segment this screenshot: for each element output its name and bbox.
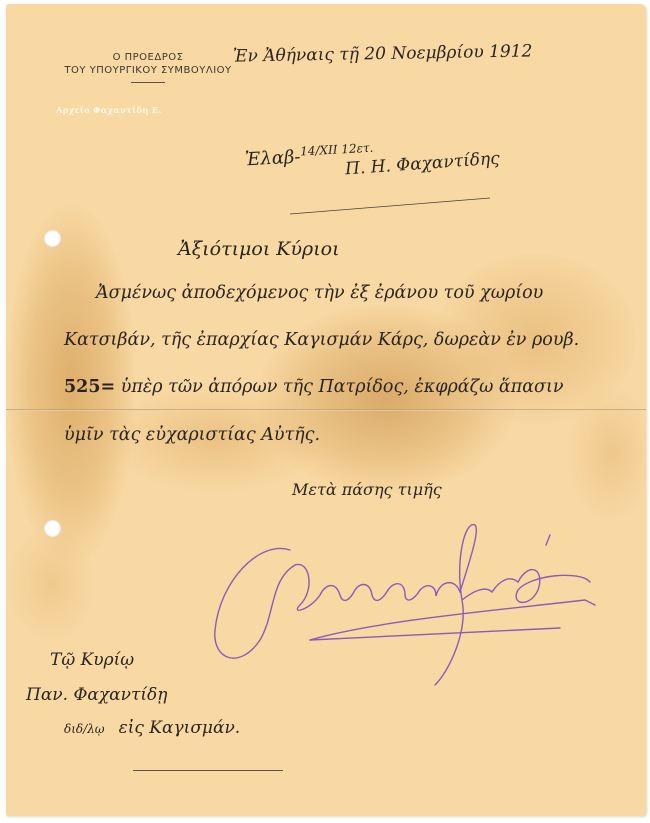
recipient-salutation: Τῷ Κυρίῳ bbox=[50, 650, 134, 670]
water-stain bbox=[6, 524, 96, 644]
body-line-3: 525= ὑπὲρ τῶν ἀπόρων τῆς Πατρίδος, ἐκφρά… bbox=[64, 377, 564, 397]
recipient-place: εἰς Καγισμάν. bbox=[119, 718, 241, 738]
water-stain bbox=[566, 384, 646, 524]
letterhead: Ο ΠΡΟΕΔΡΟΣ ΤΟΥ ΥΠΟΥΡΓΙΚΟΥ ΣΥΜΒΟΥΛΙΟΥ bbox=[38, 52, 258, 83]
donation-amount: 525= bbox=[64, 377, 115, 397]
archive-watermark: Αρχείο Φαχαντίδη Ε. bbox=[56, 106, 162, 116]
body-line-4: ὑμῖν τὰς εὐχαριστίας Αὐτῆς. bbox=[64, 425, 320, 445]
letterhead-subtitle: ΤΟΥ ΥΠΟΥΡΓΙΚΟΥ ΣΥΜΒΟΥΛΙΟΥ bbox=[38, 65, 258, 76]
received-prefix: Ἐλαβ- bbox=[245, 146, 301, 170]
received-underline bbox=[290, 196, 490, 216]
letterhead-rule bbox=[131, 82, 165, 83]
recipient-name: Παν. Φαχαντίδῃ bbox=[26, 685, 167, 705]
closing: Μετὰ πάσης τιμῆς bbox=[292, 480, 442, 499]
address-underline bbox=[133, 770, 283, 771]
fold-crease bbox=[6, 409, 646, 411]
recipient-location: διδ/λῳεἰς Καγισμάν. bbox=[64, 718, 240, 738]
body-line-2: Κατσιβάν, τῆς ἐπαρχίας Καγισμάν Κάρς, δω… bbox=[64, 330, 579, 350]
signature bbox=[200, 520, 630, 690]
greeting: Ἀξιότιμοι Κύριοι bbox=[178, 238, 340, 260]
body-line-3-text: ὑπὲρ τῶν ἀπόρων τῆς Πατρίδος, ἐκφράζω ἅπ… bbox=[121, 377, 564, 397]
recipient-title-abbr: διδ/λῳ bbox=[64, 722, 105, 736]
letterhead-title: Ο ΠΡΟΕΔΡΟΣ bbox=[38, 52, 258, 63]
body-line-1: Ἀσμένως ἀποδεχόμενος τὴν ἐξ ἐράνου τοῦ χ… bbox=[96, 283, 543, 303]
punch-hole bbox=[44, 230, 61, 247]
received-date: 14/XII 12ετ. bbox=[300, 141, 374, 159]
punch-hole bbox=[44, 520, 61, 537]
